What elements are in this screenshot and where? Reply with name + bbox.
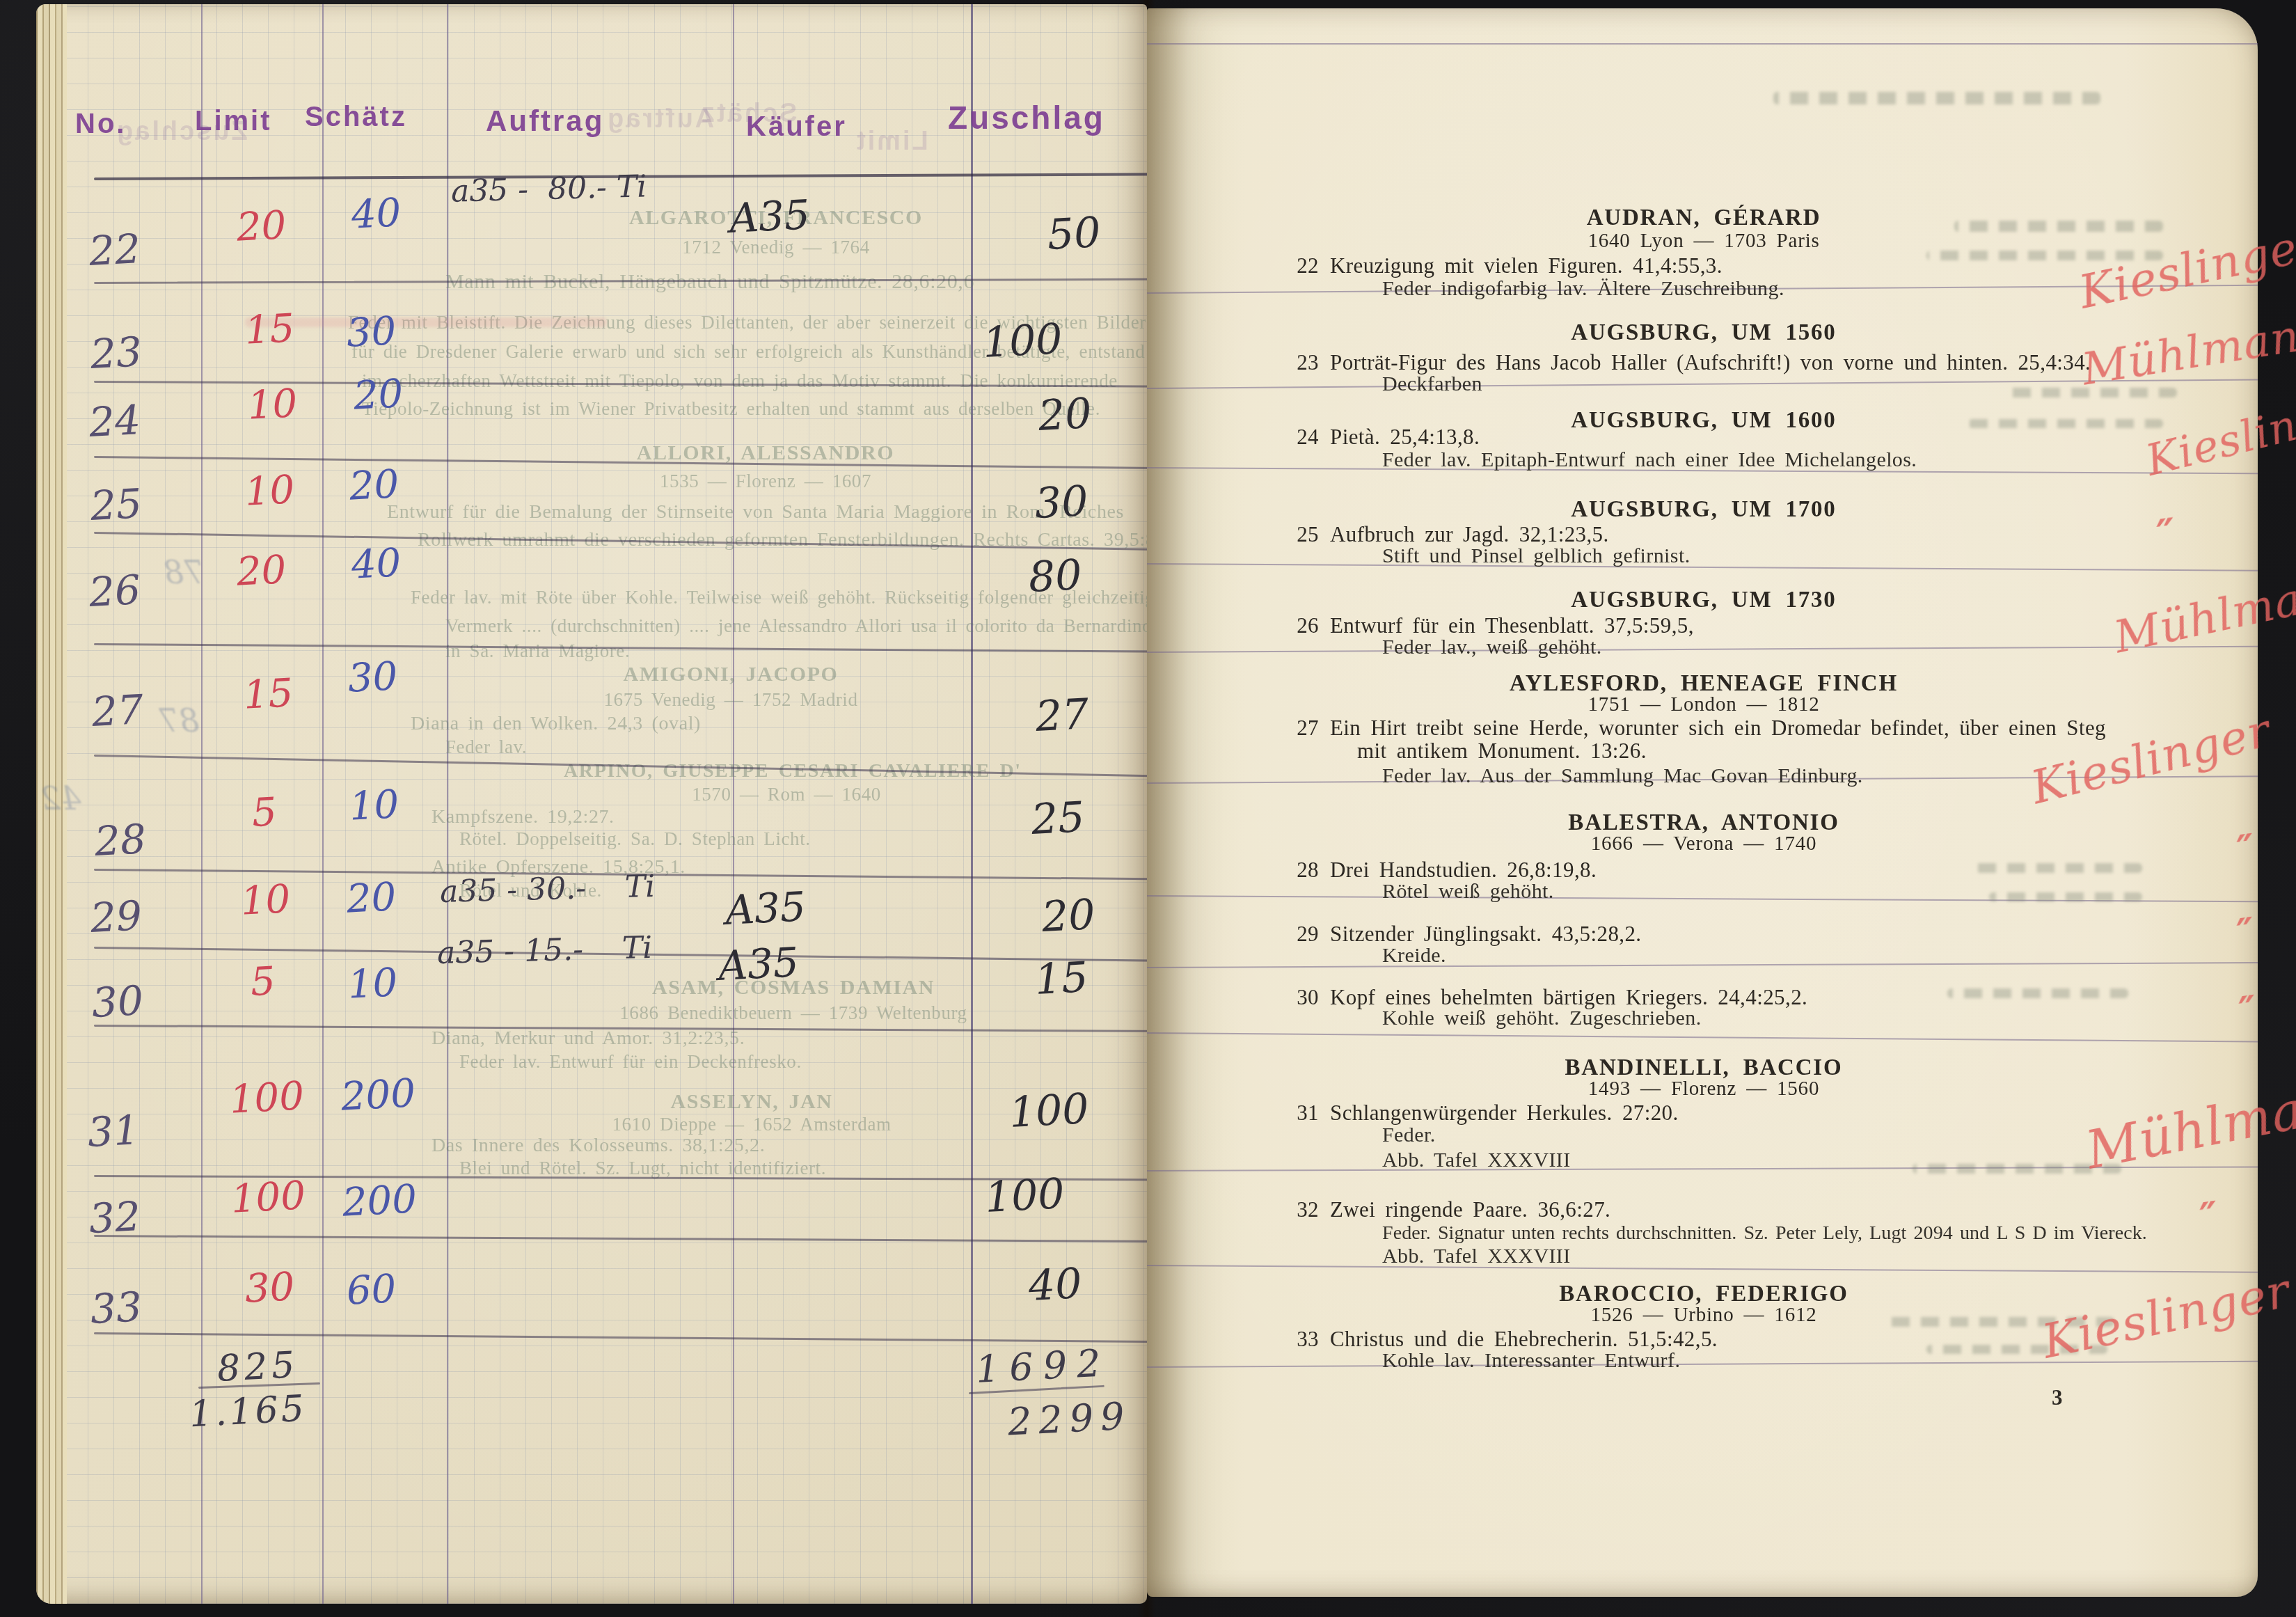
- column-header-stamp: Auftrag: [486, 104, 604, 138]
- lot-entry-number: 33: [1284, 1328, 1319, 1350]
- lot-detail: Feder.: [1382, 1125, 1436, 1146]
- row-divider-line: [94, 1235, 1171, 1243]
- hammer-price: 25: [1030, 796, 1085, 841]
- bleed-through-line: 1712 Venedig — 1764: [553, 237, 999, 258]
- bleed-through-line: 1570 — Rom — 1640: [564, 784, 1009, 805]
- lot-entry-number: 25: [1284, 523, 1319, 545]
- lot-number: 24: [88, 400, 142, 443]
- lot-entry-title: Christus und die Ehebrecherin. 51,5:42,5…: [1330, 1327, 1718, 1351]
- totals-zuschlag-final: 2299: [1007, 1397, 1132, 1441]
- estimate-value: 30: [347, 657, 399, 699]
- artist-name: BANDINELLI, BACCIO: [1251, 1057, 2156, 1080]
- lot-entry: 27Ein Hirt treibt seine Herde, worunter …: [1284, 717, 2106, 739]
- ghost-stamp: Schätz: [699, 99, 797, 129]
- limit-value: 15: [243, 674, 294, 716]
- bleed-through-smudge: [1989, 892, 2142, 901]
- lot-entry-title: Sitzender Jünglingsakt. 43,5:28,2.: [1330, 922, 1642, 946]
- entry-divider-line: [1147, 563, 2258, 571]
- artist-name: AUGSBURG, UM 1560: [1251, 322, 2156, 345]
- limit-value: 20: [236, 551, 287, 592]
- bleed-through-line: Kampfszene. 19,2:27.: [432, 806, 615, 828]
- bleed-through-line: Diana, Merkur und Amor. 31,2:23,5.: [432, 1027, 745, 1050]
- buyer-code: A35: [725, 886, 807, 931]
- estimate-value: 200: [342, 1180, 418, 1223]
- bleed-through-line: 1610 Dieppe — 1652 Amsterdam: [529, 1114, 974, 1135]
- bleed-through-smudge: [1773, 92, 2100, 104]
- lot-detail: Kohle lav. Interessanter Entwurf.: [1382, 1350, 1680, 1371]
- ghost-stamp: Limit: [855, 127, 928, 157]
- lot-entry-title: Ein Hirt treibt seine Herde, worunter si…: [1330, 716, 2106, 740]
- hammer-price: 20: [1037, 393, 1092, 437]
- hammer-price: 27: [1034, 693, 1089, 738]
- bleed-through-line: Feder lav.: [445, 736, 527, 758]
- lot-entry: 28Drei Handstudien. 26,8:19,8.: [1284, 859, 1597, 881]
- lot-entry: 26Entwurf für ein Thesenblatt. 37,5:59,5…: [1284, 615, 1694, 636]
- lot-detail: Feder lav. Epitaph-Entwurf nach einer Id…: [1382, 450, 1917, 471]
- bleed-through-smudge: [1975, 863, 2142, 873]
- hammer-price: 100: [984, 1173, 1066, 1219]
- hammer-price: 100: [1008, 1088, 1091, 1134]
- estimate-value: 40: [351, 544, 402, 585]
- lot-entry-title: Porträt-Figur des Hans Jacob Haller (Auf…: [1330, 350, 2091, 374]
- lot-entry-title: Drei Handstudien. 26,8:19,8.: [1330, 858, 1597, 882]
- estimate-value: 200: [340, 1074, 417, 1117]
- ditto-mark: ″: [2235, 829, 2257, 869]
- bleed-through-line: im scherzhaften Wettstreit mit Tiepolo, …: [362, 370, 1118, 392]
- ghost-stamp: Auftrag: [605, 104, 714, 134]
- artist-dates: 1751 — London — 1812: [1251, 695, 2156, 715]
- auftrag-pencil-note: a35 - 80.- Ti: [450, 171, 647, 207]
- hammer-price: 50: [1046, 212, 1101, 256]
- ditto-mark: ″: [2235, 913, 2257, 952]
- bleed-through-line: Tiepolo-Zeichnung ist im Wiener Privatbe…: [362, 398, 1100, 420]
- entry-divider-line: [1147, 43, 2258, 45]
- entry-divider-line: [1147, 1265, 2258, 1273]
- lot-entry-number: 26: [1284, 615, 1319, 636]
- column-header-stamp: Zuschlag: [948, 99, 1105, 136]
- lot-detail: Feder. Signatur unten rechts durchschnit…: [1382, 1224, 2147, 1243]
- lot-entry-number: 24: [1284, 426, 1319, 448]
- lot-entry: 33Christus und die Ehebrecherin. 51,5:42…: [1284, 1328, 1718, 1350]
- lot-entry-title: Aufbruch zur Jagd. 32,1:23,5.: [1330, 522, 1609, 546]
- bleed-through-line: Rötel. Doppelseitig. Sa. D. Stephan Lich…: [459, 828, 811, 850]
- bleed-through-line: Diana in den Wolken. 24,3 (oval): [411, 713, 701, 735]
- buyer-code: A35: [718, 942, 800, 986]
- estimate-value: 20: [346, 878, 397, 920]
- lot-entry-title: Pietà. 25,4:13,8.: [1330, 425, 1480, 449]
- limit-value: 20: [236, 206, 287, 248]
- scanned-book-spread: { "document": { "description": "Scanned …: [0, 0, 2296, 1617]
- totals-limit-sum: 825: [216, 1347, 300, 1387]
- bleed-through-smudge: [1968, 419, 2163, 428]
- lot-detail: Feder lav. Aus der Sammlung Mac Govan Ed…: [1382, 766, 1863, 787]
- limit-value: 10: [244, 471, 296, 512]
- lot-entry-title: Kreuzigung mit vielen Figuren. 41,4:55,3…: [1330, 253, 1723, 278]
- bleed-through-line: AMIGONI, JACOPO: [508, 663, 953, 686]
- lot-entry-number: 23: [1284, 352, 1319, 373]
- ditto-mark: ″: [2237, 991, 2259, 1030]
- lot-entry-title: Kopf eines behelmten bärtigen Kriegers. …: [1330, 985, 1807, 1009]
- lot-entry-title: Entwurf für ein Thesenblatt. 37,5:59,5,: [1330, 613, 1694, 638]
- hammer-price: 30: [1034, 480, 1088, 525]
- estimate-value: 40: [351, 194, 402, 235]
- artist-dates: 1666 — Verona — 1740: [1251, 834, 2156, 854]
- entry-divider-line: [1147, 1361, 2258, 1368]
- page-number: 3: [2052, 1385, 2063, 1410]
- totals-zuschlag-sum: 1692: [975, 1344, 1111, 1389]
- ledger-page: No.LimitSchätzAuftragKäuferZuschlagZusch…: [36, 4, 1147, 1604]
- ghost-stamp: Zuschlag: [115, 117, 248, 147]
- bleed-through-digit: 87: [159, 702, 200, 739]
- estimate-value: 10: [347, 963, 399, 1005]
- column-rule: [447, 4, 448, 1604]
- bleed-through-smudge: [1947, 988, 2128, 998]
- lot-detail: Feder lav., weiß gehöht.: [1382, 637, 1602, 658]
- hammer-price: 80: [1027, 554, 1082, 599]
- lot-number: 25: [90, 483, 143, 526]
- bleed-through-digit: 78: [164, 553, 205, 591]
- lot-entry-number: 31: [1284, 1102, 1319, 1123]
- lot-detail: Kreide.: [1382, 945, 1446, 966]
- lot-entry: 25Aufbruch zur Jagd. 32,1:23,5.: [1284, 523, 1609, 545]
- lot-number: 27: [91, 689, 145, 732]
- bleed-through-line: Feder lav. Entwurf für ein Deckenfresko.: [459, 1051, 802, 1073]
- lot-number: 30: [91, 980, 145, 1023]
- estimate-value: 60: [346, 1270, 397, 1311]
- ink-smudge: [245, 317, 607, 327]
- lot-detail: Stift und Pinsel gelblich gefirnist.: [1382, 546, 1691, 567]
- lot-entry-number: 27: [1284, 717, 1319, 739]
- entry-divider-line: [1147, 962, 2258, 968]
- lot-number: 29: [90, 895, 143, 938]
- artist-name: AUGSBURG, UM 1730: [1251, 589, 2156, 612]
- lot-entry-number: 28: [1284, 859, 1319, 881]
- lot-entry-number: 30: [1284, 986, 1319, 1008]
- lot-number: 22: [88, 228, 142, 271]
- limit-value: 5: [251, 793, 278, 833]
- lot-entry: 30Kopf eines behelmten bärtigen Kriegers…: [1284, 986, 1807, 1008]
- lot-number: 23: [90, 331, 143, 374]
- limit-value: 10: [240, 880, 292, 922]
- lot-entry: 31Schlangenwürgender Herkules. 27:20.: [1284, 1102, 1679, 1123]
- bleed-through-line: Entwurf für die Bemalung der Stirnseite …: [387, 501, 1124, 523]
- margin-annotation: Mühlmann: [2110, 565, 2296, 661]
- lot-entry-number: 32: [1284, 1199, 1319, 1220]
- lot-entry-title: Zwei ringende Paare. 36,6:27.: [1330, 1197, 1610, 1222]
- bleed-through-line: 1535 — Florenz — 1607: [543, 471, 988, 492]
- totals-limit-final: 1.165: [189, 1391, 308, 1433]
- bleed-through-line: Das Innere des Kolosseums. 38,1:25,2.: [432, 1135, 765, 1157]
- hammer-price: 15: [1034, 956, 1088, 1001]
- limit-value: 5: [250, 962, 277, 1002]
- lot-entry: 22Kreuzigung mit vielen Figuren. 41,4:55…: [1284, 255, 1723, 276]
- column-rule: [322, 4, 324, 1604]
- lot-entry: 24Pietà. 25,4:13,8.: [1284, 426, 1480, 448]
- bleed-through-line: 1675 Venedig — 1752 Madrid: [508, 689, 953, 711]
- lot-detail: Rötel weiß gehöht.: [1382, 881, 1554, 902]
- limit-value: 100: [229, 1077, 306, 1120]
- ditto-mark: ″: [2198, 1196, 2222, 1237]
- catalog-page: 3 AUDRAN, GÉRARD1640 Lyon — 1703 Paris22…: [1147, 8, 2258, 1597]
- limit-value: 30: [244, 1268, 296, 1309]
- auftrag-pencil-note: a35 - 30.- Ti: [439, 871, 655, 908]
- margin-annotation: Kieslinger: [2141, 385, 2296, 482]
- row-divider-line: [94, 643, 1171, 653]
- lot-number: 31: [87, 1110, 141, 1153]
- lot-detail: Abb. Tafel XXXVIII: [1382, 1246, 1571, 1267]
- estimate-value: 20: [353, 374, 404, 416]
- bleed-through-smudge: [1954, 221, 2163, 232]
- hammer-price: 20: [1040, 894, 1095, 938]
- lot-entry-title: Schlangenwürgender Herkules. 27:20.: [1330, 1101, 1679, 1125]
- buyer-code: A35: [729, 194, 811, 239]
- ditto-mark: ″: [2155, 512, 2179, 555]
- lot-detail: Kohle weiß gehöht. Zugeschrieben.: [1382, 1008, 1702, 1029]
- hammer-price: 100: [982, 318, 1064, 364]
- bleed-through-line: 1686 Benediktbeuern — 1739 Weltenburg: [571, 1002, 1016, 1024]
- limit-value: 100: [230, 1176, 307, 1220]
- hammer-price: 40: [1027, 1263, 1082, 1307]
- lot-number: 28: [94, 819, 148, 862]
- estimate-value: 20: [349, 465, 400, 507]
- bleed-through-digit: 42: [40, 780, 81, 817]
- bleed-through-line: Vermerk .... (durchschnitten) .... jene …: [445, 615, 1216, 637]
- lot-entry: 23Porträt-Figur des Hans Jacob Haller (A…: [1284, 352, 2091, 373]
- lot-entry-number: 22: [1284, 255, 1319, 276]
- lot-number: 32: [88, 1196, 142, 1239]
- entry-divider-line: [1147, 1032, 2258, 1043]
- bleed-through-line: ASSELYN, JAN: [529, 1090, 974, 1114]
- lot-entry-number: 29: [1284, 923, 1319, 945]
- entry-divider-line: [1147, 646, 2258, 653]
- artist-name: AUGSBURG, UM 1700: [1251, 498, 2156, 521]
- lot-entry: 32Zwei ringende Paare. 36,6:27.: [1284, 1199, 1610, 1220]
- estimate-value: 10: [349, 785, 400, 827]
- lot-detail: Abb. Tafel XXXVIII: [1382, 1150, 1571, 1171]
- column-header-stamp: Schätz: [305, 102, 407, 133]
- estimate-value: 30: [346, 312, 397, 354]
- lot-detail: Deckfarben: [1382, 374, 1482, 395]
- column-rule: [201, 4, 203, 1604]
- lot-entry-continuation: mit antikem Monument. 13:26.: [1357, 740, 1647, 762]
- artist-name: BAROCCIO, FEDERIGO: [1251, 1283, 2156, 1306]
- limit-value: 15: [244, 309, 296, 351]
- artist-dates: 1493 — Florenz — 1560: [1251, 1079, 2156, 1099]
- lot-entry: 29Sitzender Jünglingsakt. 43,5:28,2.: [1284, 923, 1642, 945]
- limit-value: 10: [247, 384, 299, 426]
- bleed-through-line: in Sa. Maria Magiore.: [445, 640, 630, 662]
- lot-number: 33: [90, 1286, 143, 1330]
- artist-name: BALESTRA, ANTONIO: [1251, 812, 2156, 835]
- auftrag-pencil-note: a35 - 15.- Ti: [436, 933, 652, 969]
- row-divider-line: [94, 1332, 1171, 1343]
- artist-dates: 1640 Lyon — 1703 Paris: [1251, 231, 2156, 251]
- lot-number: 26: [88, 569, 142, 613]
- artist-name: AYLESFORD, HENEAGE FINCH: [1251, 672, 2156, 695]
- lot-detail: Feder indigofarbig lav. Ältere Zuschreib…: [1382, 278, 1784, 299]
